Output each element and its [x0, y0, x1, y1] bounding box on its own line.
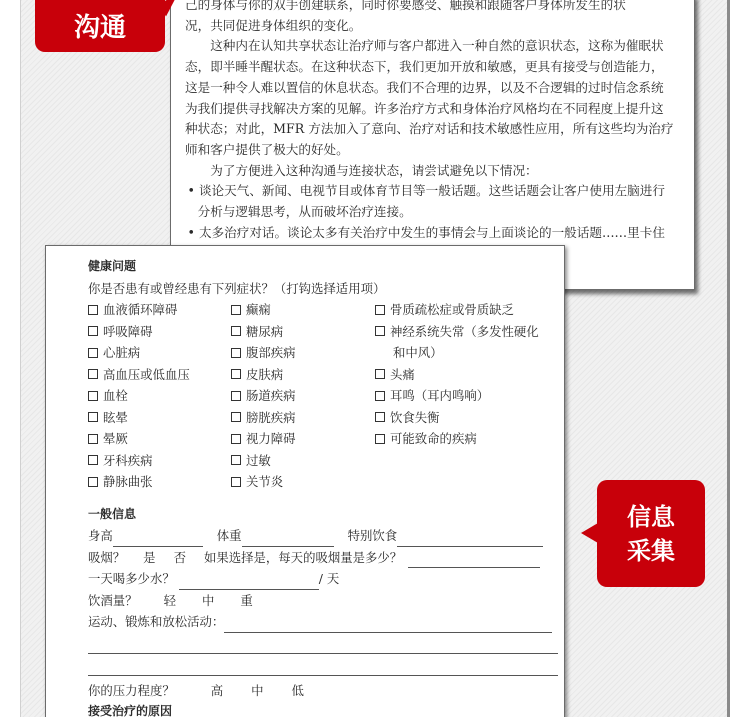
diet-field[interactable] [397, 533, 543, 547]
treatment-reason-title: 接受治疗的原因 [88, 701, 564, 717]
alcohol-option-light[interactable]: 轻 [164, 593, 176, 608]
checkbox-icon[interactable] [88, 455, 98, 465]
paragraph-hypnotic-state: 这种内在认知共享状态让治疗师与客户都进入一种自然的意识状态，这称为催眠状态，即半… [185, 36, 676, 160]
exercise-label: 运动、锻炼和放松活动： [88, 614, 224, 629]
badge-info-collection-line1: 信息 [627, 500, 675, 534]
stress-row: 你的压力程度？高中低 [88, 680, 564, 702]
condition-item-continuation: 和中风） [375, 342, 565, 364]
smoke-label: 吸烟？ [88, 550, 125, 565]
badge-info-collection: 信息 采集 [597, 480, 705, 587]
badge-communication: 沟通 [35, 0, 165, 52]
condition-item[interactable]: 耳鸣（耳内鸣响） [375, 385, 565, 407]
smoke-no-option[interactable]: 否 [174, 550, 186, 565]
checkbox-icon[interactable] [231, 391, 241, 401]
bullet-general-topics: • 谈论天气、新闻、电视节目或体育节目等一般话题。这些话题会让客户使用左脑进行分… [185, 181, 676, 222]
checkbox-icon[interactable] [231, 455, 241, 465]
condition-item[interactable]: 可能致命的疾病 [375, 428, 565, 450]
checkbox-icon[interactable] [231, 305, 241, 315]
body-metrics-row: 身高体重特别饮食 [88, 525, 564, 547]
water-field[interactable] [179, 576, 319, 590]
badge-communication-label: 沟通 [74, 7, 126, 44]
stress-option-low[interactable]: 低 [292, 683, 304, 698]
checkbox-icon[interactable] [231, 369, 241, 379]
alcohol-option-heavy[interactable]: 重 [240, 593, 252, 608]
water-label: 一天喝多少水？ [88, 571, 175, 586]
general-section-title: 一般信息 [88, 504, 564, 526]
checkbox-icon[interactable] [88, 369, 98, 379]
checkbox-icon[interactable] [88, 477, 98, 487]
height-label: 身高 [88, 528, 113, 543]
checkbox-icon[interactable] [375, 326, 385, 336]
checkbox-icon[interactable] [88, 305, 98, 315]
condition-item[interactable]: 心脏病 [88, 342, 231, 364]
condition-item[interactable]: 关节炎 [231, 471, 375, 493]
exercise-field[interactable] [224, 619, 552, 633]
checkbox-icon[interactable] [231, 326, 241, 336]
water-unit: / 天 [319, 571, 340, 586]
condition-item[interactable]: 晕厥 [88, 428, 231, 450]
alcohol-option-medium[interactable]: 中 [202, 593, 214, 608]
condition-item[interactable]: 血液循环障碍 [88, 299, 231, 321]
condition-item[interactable]: 膀胱疾病 [231, 407, 375, 429]
condition-item[interactable]: 血栓 [88, 385, 231, 407]
diet-label: 特别饮食 [348, 528, 398, 543]
condition-item[interactable]: 高血压或低血压 [88, 364, 231, 386]
checkbox-icon[interactable] [375, 369, 385, 379]
badge-info-collection-line2: 采集 [627, 534, 675, 568]
condition-item[interactable]: 癫痫 [231, 299, 375, 321]
checkbox-icon[interactable] [375, 434, 385, 444]
stress-label: 你的压力程度？ [88, 683, 175, 698]
paragraph-avoid-intro: 为了方便进入这种沟通与连接状态，请尝试避免以下情况： [185, 161, 676, 182]
checkbox-icon[interactable] [88, 434, 98, 444]
page-line: 己的身体与你的双手创建联系，同时你要感受、触摸和跟随客户身体所发生的状 [185, 0, 676, 16]
page-line: 况，共同促进身体组织的变化。 [185, 16, 676, 37]
empty-cell [375, 450, 565, 472]
checkbox-icon[interactable] [231, 412, 241, 422]
checkbox-icon[interactable] [375, 305, 385, 315]
checkbox-icon[interactable] [88, 391, 98, 401]
checkbox-icon[interactable] [375, 391, 385, 401]
height-field[interactable] [113, 533, 203, 547]
water-row: 一天喝多少水？/ 天 [88, 568, 564, 590]
condition-item[interactable]: 呼吸障碍 [88, 321, 231, 343]
smoke-yes-option[interactable]: 是 [143, 550, 155, 565]
weight-field[interactable] [242, 533, 334, 547]
checkbox-icon[interactable] [88, 412, 98, 422]
smoke-amount-label: 如果选择是，每天的吸烟量是多少？ [204, 550, 402, 565]
health-question: 你是否患有或曾经患有下列症状？（打钩选择适用项） [88, 278, 564, 300]
condition-item[interactable]: 静脉曲张 [88, 471, 231, 493]
intake-form: 健康问题 你是否患有或曾经患有下列症状？（打钩选择适用项） 血液循环障碍 癫痫 … [45, 245, 565, 717]
stress-option-medium[interactable]: 中 [251, 683, 263, 698]
spacer [88, 493, 564, 504]
condition-item[interactable]: 神经系统失常（多发性硬化 [375, 321, 565, 343]
health-section-title: 健康问题 [88, 256, 564, 278]
conditions-checklist: 血液循环障碍 癫痫 骨质疏松症或骨质缺乏 呼吸障碍 糖尿病 神经系统失常（多发性… [88, 299, 564, 493]
smoking-row: 吸烟？是否如果选择是，每天的吸烟量是多少？ [88, 547, 564, 569]
condition-item[interactable]: 皮肤病 [231, 364, 375, 386]
checkbox-icon[interactable] [375, 412, 385, 422]
checkbox-icon[interactable] [88, 326, 98, 336]
empty-cell [375, 471, 565, 493]
stress-option-high[interactable]: 高 [211, 683, 223, 698]
exercise-field-line-2[interactable] [88, 633, 558, 655]
exercise-row: 运动、锻炼和放松活动： [88, 611, 564, 633]
condition-item[interactable]: 头痛 [375, 364, 565, 386]
condition-item[interactable]: 糖尿病 [231, 321, 375, 343]
exercise-field-line-3[interactable] [88, 654, 558, 676]
checkbox-icon[interactable] [231, 477, 241, 487]
checkbox-icon[interactable] [231, 348, 241, 358]
checkbox-icon[interactable] [88, 348, 98, 358]
alcohol-row: 饮酒量？轻中重 [88, 590, 564, 612]
alcohol-label: 饮酒量？ [88, 593, 138, 608]
condition-item[interactable]: 骨质疏松症或骨质缺乏 [375, 299, 565, 321]
condition-item[interactable]: 牙科疾病 [88, 450, 231, 472]
checkbox-icon[interactable] [231, 434, 241, 444]
condition-item[interactable]: 过敏 [231, 450, 375, 472]
condition-item[interactable]: 饮食失衡 [375, 407, 565, 429]
condition-item[interactable]: 腹部疾病 [231, 342, 375, 364]
condition-item[interactable]: 肠道疾病 [231, 385, 375, 407]
smoke-amount-field[interactable] [408, 554, 540, 568]
condition-item[interactable]: 视力障碍 [231, 428, 375, 450]
condition-item[interactable]: 眩晕 [88, 407, 231, 429]
badge-pointer-icon [581, 523, 598, 543]
weight-label: 体重 [217, 528, 242, 543]
